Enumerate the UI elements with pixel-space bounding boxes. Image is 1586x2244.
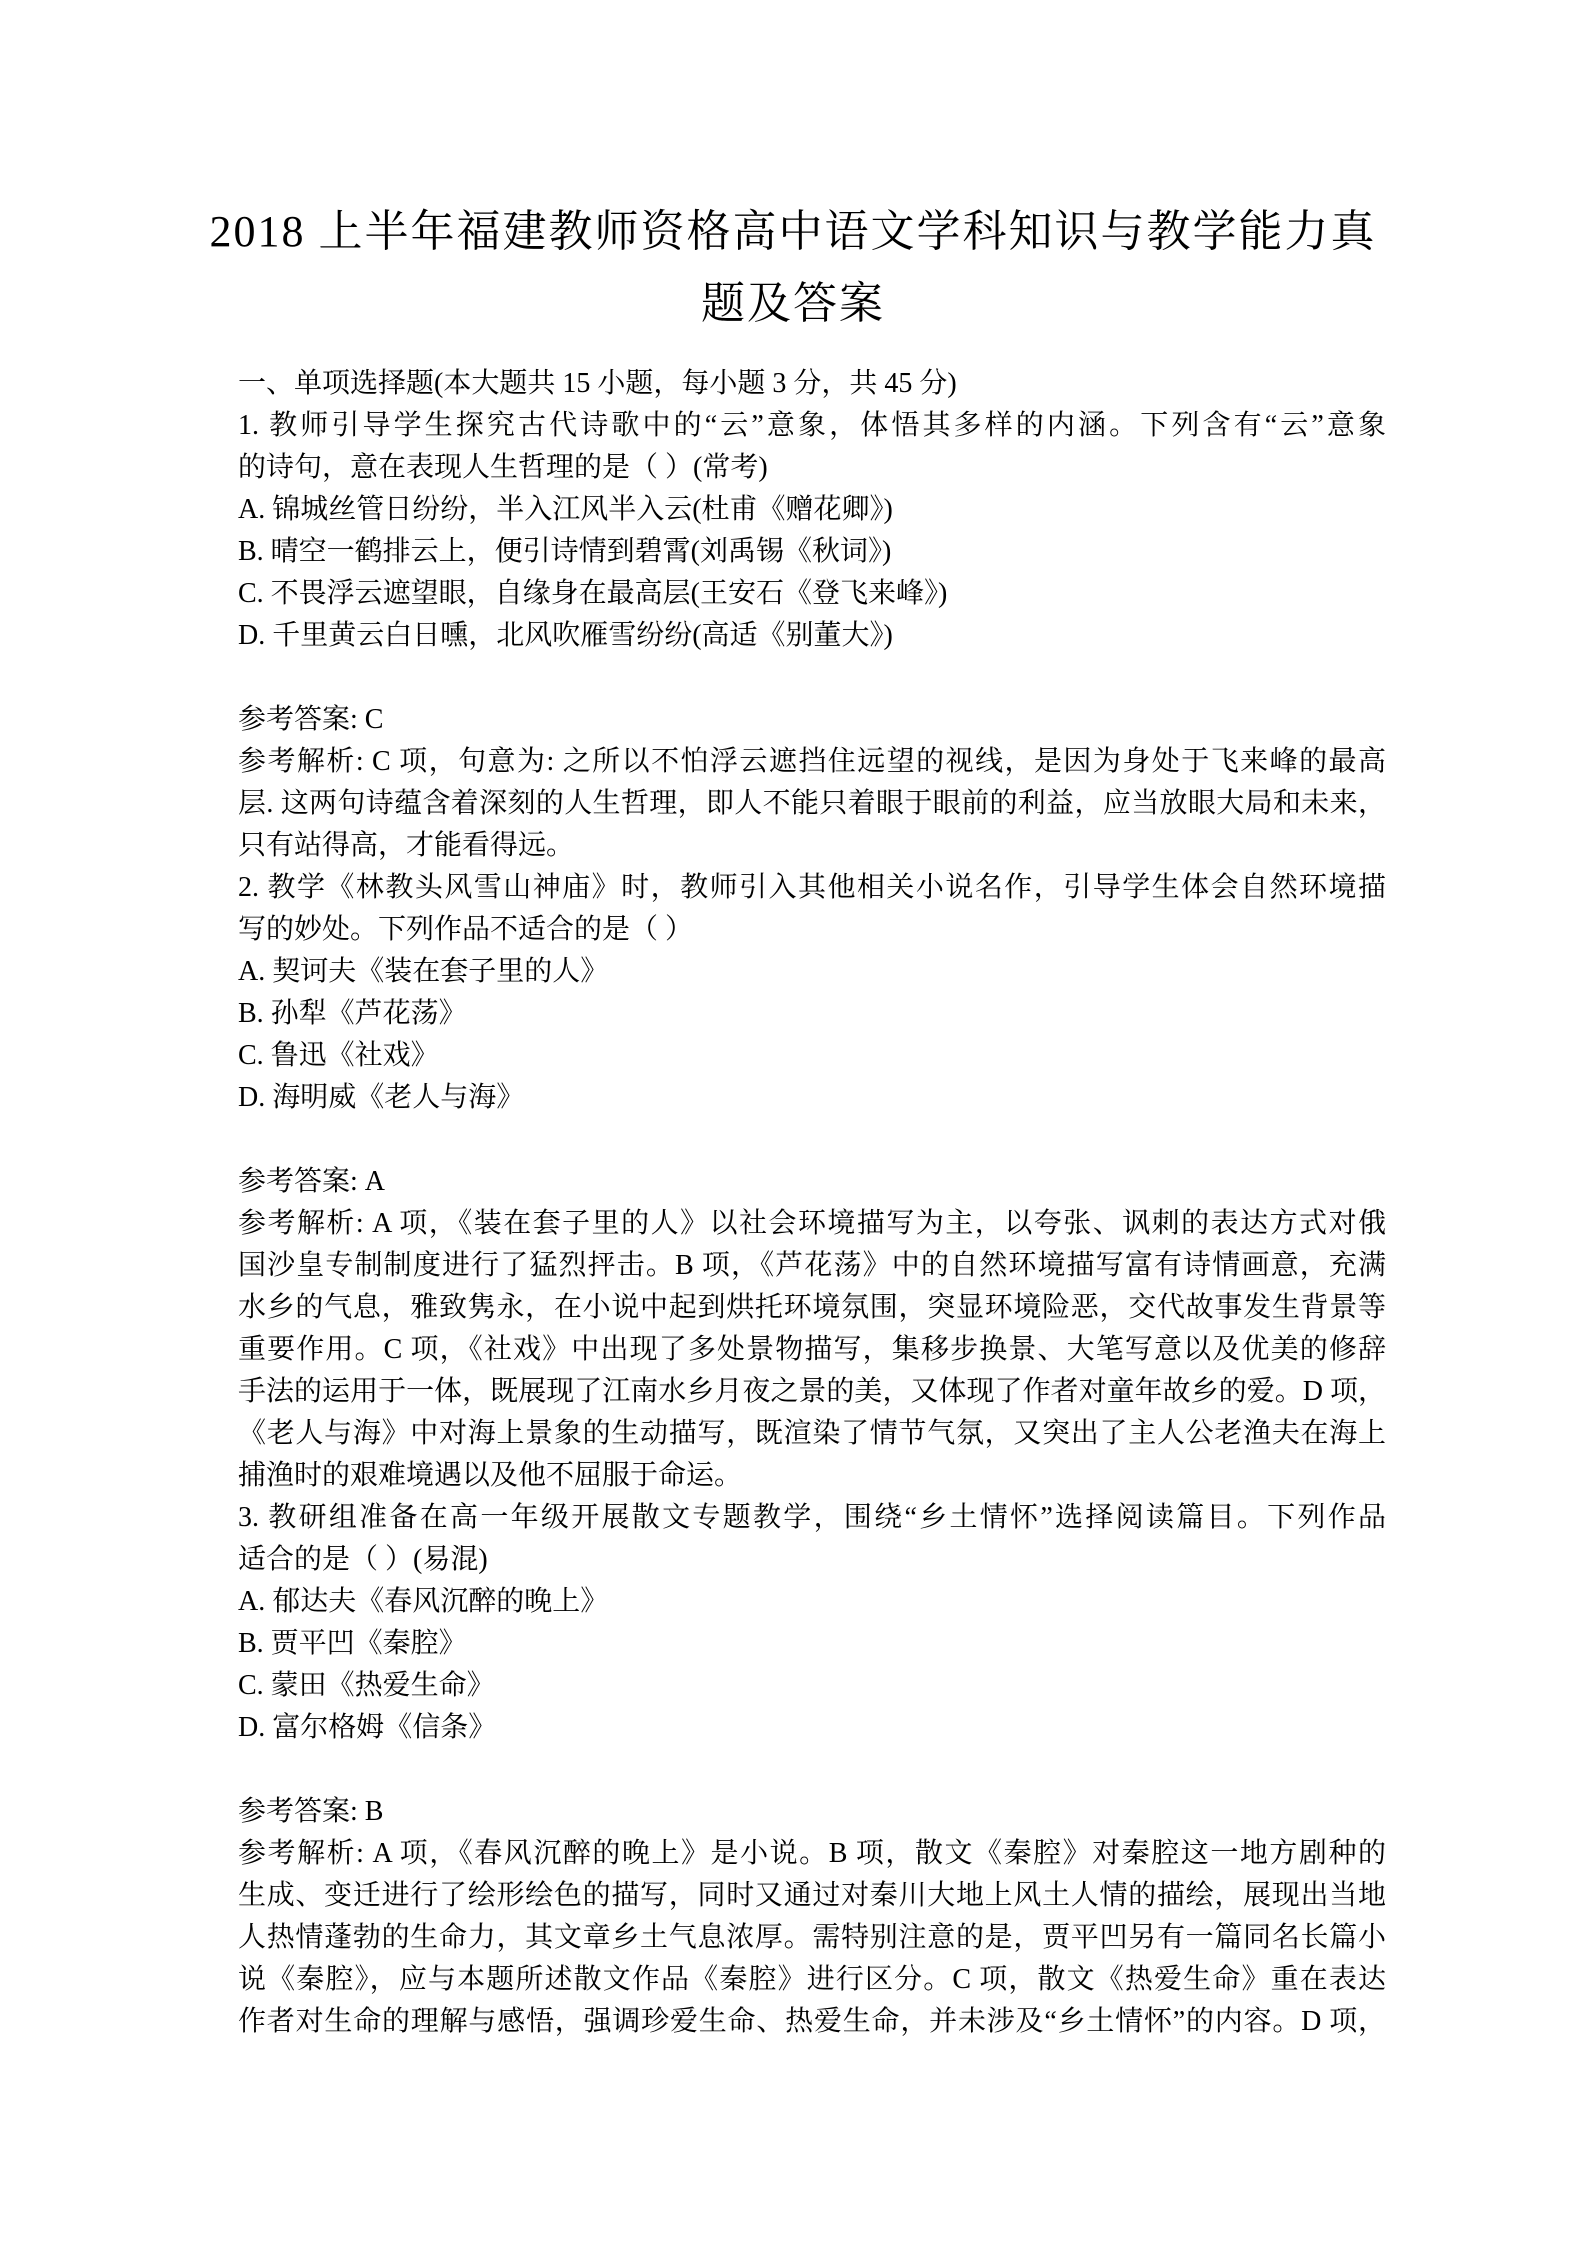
question-3-analysis-line-5: 作者对生命的理解与感悟，强调珍爱生命、热爱生命，并未涉及“乡土情怀”的内容。D … — [238, 2001, 1386, 2043]
question-1: 1. 教师引导学生探究古代诗歌中的“云”意象，体悟其多样的内涵。下列含有“云”意… — [238, 405, 1386, 867]
question-1-stem-line-2: 的诗句，意在表现人生哲理的是（ ）(常考) — [238, 447, 1386, 489]
question-1-option-a: A. 锦城丝管日纷纷，半入江风半入云(杜甫《赠花卿》) — [238, 489, 1386, 531]
question-2-analysis-line-3: 水乡的气息，雅致隽永，在小说中起到烘托环境氛围，突显环境险恶，交代故事发生背景等 — [238, 1287, 1386, 1329]
question-3-answer: 参考答案: B — [238, 1791, 1386, 1833]
blank-line — [238, 1119, 1386, 1161]
blank-line — [238, 657, 1386, 699]
question-2-option-a: A. 契诃夫《装在套子里的人》 — [238, 951, 1386, 993]
question-2-analysis-line-1: 参考解析: A 项，《装在套子里的人》以社会环境描写为主，以夸张、讽刺的表达方式… — [238, 1203, 1386, 1245]
question-2-option-c: C. 鲁迅《社戏》 — [238, 1035, 1386, 1077]
question-2-analysis-line-5: 手法的运用于一体，既展现了江南水乡月夜之景的美，又体现了作者对童年故乡的爱。D … — [238, 1371, 1386, 1413]
document-page: 2018 上半年福建教师资格高中语文学科知识与教学能力真 题及答案 一、单项选择… — [0, 0, 1586, 2244]
question-3-option-d: D. 富尔格姆《信条》 — [238, 1707, 1386, 1749]
question-1-option-d: D. 千里黄云白日曛，北风吹雁雪纷纷(高适《别董大》) — [238, 615, 1386, 657]
question-2-stem-line-2: 写的妙处。下列作品不适合的是（ ） — [238, 909, 1386, 951]
question-2-option-d: D. 海明威《老人与海》 — [238, 1077, 1386, 1119]
question-3-analysis-line-1: 参考解析: A 项，《春风沉醉的晚上》是小说。B 项，散文《秦腔》对秦腔这一地方… — [238, 1833, 1386, 1875]
doc-title-line-2: 题及答案 — [0, 268, 1586, 340]
question-1-option-c: C. 不畏浮云遮望眼，自缘身在最高层(王安石《登飞来峰》) — [238, 573, 1386, 615]
question-3-analysis-line-3: 人热情蓬勃的生命力，其文章乡土气息浓厚。需特别注意的是，贾平凹另有一篇同名长篇小 — [238, 1917, 1386, 1959]
question-3-stem-line-1: 3. 教研组准备在高一年级开展散文专题教学，围绕“乡土情怀”选择阅读篇目。下列作… — [238, 1497, 1386, 1539]
question-3-stem-line-2: 适合的是（ ）(易混) — [238, 1539, 1386, 1581]
question-3: 3. 教研组准备在高一年级开展散文专题教学，围绕“乡土情怀”选择阅读篇目。下列作… — [238, 1497, 1386, 2043]
question-3-option-a: A. 郁达夫《春风沉醉的晚上》 — [238, 1581, 1386, 1623]
doc-title: 2018 上半年福建教师资格高中语文学科知识与教学能力真 题及答案 — [0, 0, 1586, 340]
blank-line — [238, 1749, 1386, 1791]
question-2-stem-line-1: 2. 教学《林教头风雪山神庙》时，教师引入其他相关小说名作，引导学生体会自然环境… — [238, 867, 1386, 909]
section-header: 一、单项选择题(本大题共 15 小题，每小题 3 分，共 45 分) — [238, 363, 1386, 405]
question-1-stem-line-1: 1. 教师引导学生探究古代诗歌中的“云”意象，体悟其多样的内涵。下列含有“云”意… — [238, 405, 1386, 447]
question-1-analysis-line-1: 参考解析: C 项，句意为: 之所以不怕浮云遮挡住远望的视线，是因为身处于飞来峰… — [238, 741, 1386, 783]
question-1-option-b: B. 晴空一鹤排云上，便引诗情到碧霄(刘禹锡《秋词》) — [238, 531, 1386, 573]
question-3-option-c: C. 蒙田《热爱生命》 — [238, 1665, 1386, 1707]
question-1-analysis-line-2: 层. 这两句诗蕴含着深刻的人生哲理，即人不能只着眼于眼前的利益，应当放眼大局和未… — [238, 783, 1386, 825]
question-2-analysis-line-4: 重要作用。C 项，《社戏》中出现了多处景物描写，集移步换景、大笔写意以及优美的修… — [238, 1329, 1386, 1371]
question-1-analysis-line-3: 只有站得高，才能看得远。 — [238, 825, 1386, 867]
question-1-answer: 参考答案: C — [238, 699, 1386, 741]
doc-body: 一、单项选择题(本大题共 15 小题，每小题 3 分，共 45 分) 1. 教师… — [238, 363, 1386, 2043]
question-3-analysis-line-2: 生成、变迁进行了绘形绘色的描写，同时又通过对秦川大地上风土人情的描绘，展现出当地 — [238, 1875, 1386, 1917]
question-2-answer: 参考答案: A — [238, 1161, 1386, 1203]
question-2-analysis-line-7: 捕渔时的艰难境遇以及他不屈服于命运。 — [238, 1455, 1386, 1497]
question-3-analysis-line-4: 说《秦腔》，应与本题所述散文作品《秦腔》进行区分。C 项，散文《热爱生命》重在表… — [238, 1959, 1386, 2001]
question-3-option-b: B. 贾平凹《秦腔》 — [238, 1623, 1386, 1665]
question-2: 2. 教学《林教头风雪山神庙》时，教师引入其他相关小说名作，引导学生体会自然环境… — [238, 867, 1386, 1497]
doc-title-line-1: 2018 上半年福建教师资格高中语文学科知识与教学能力真 — [0, 196, 1586, 268]
question-2-analysis-line-2: 国沙皇专制制度进行了猛烈抨击。B 项，《芦花荡》中的自然环境描写富有诗情画意，充… — [238, 1245, 1386, 1287]
question-2-option-b: B. 孙犁《芦花荡》 — [238, 993, 1386, 1035]
question-2-analysis-line-6: 《老人与海》中对海上景象的生动描写，既渲染了情节气氛，又突出了主人公老渔夫在海上 — [238, 1413, 1386, 1455]
